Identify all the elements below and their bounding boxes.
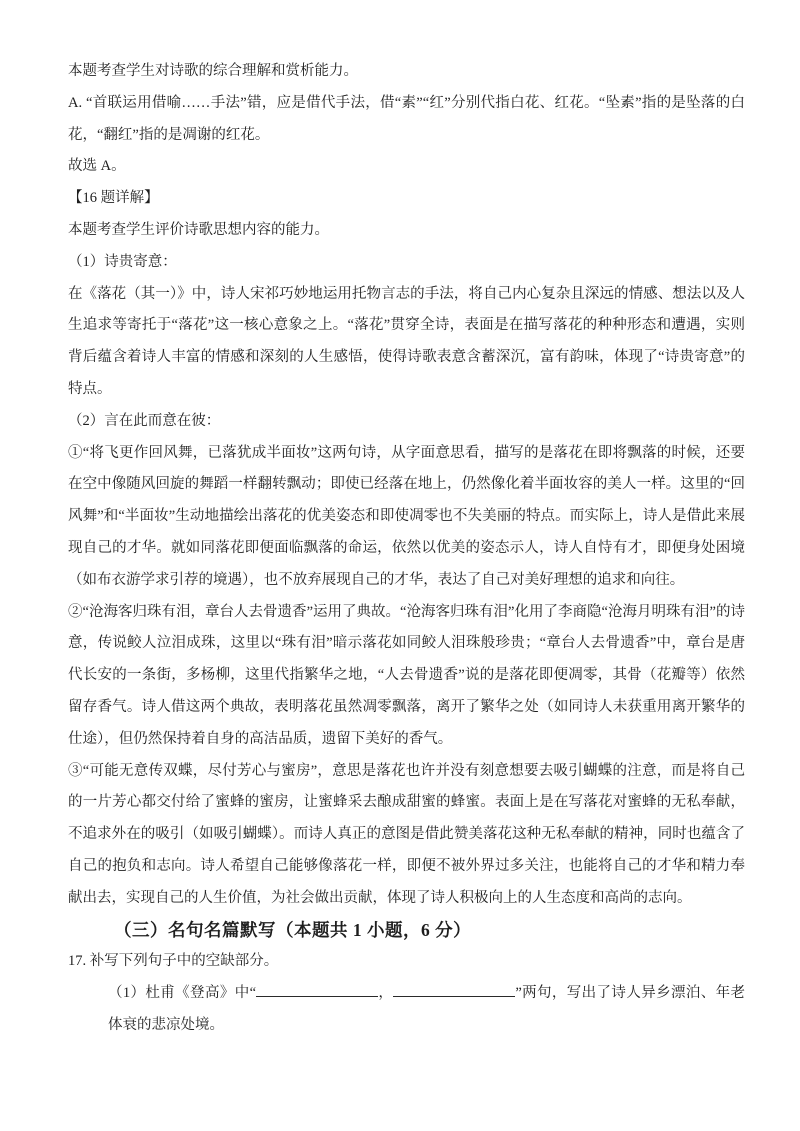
document-page: 本题考查学生对诗歌的综合理解和赏析能力。 A. “首联运用借喻……手法”错，应是… [0, 0, 800, 1131]
paragraph-detail-16-label: 【16 题详解】 [68, 183, 745, 215]
paragraph-point-1-body: 在《落花（其一）》中，诗人宋祁巧妙地运用托物言志的手法，将自己内心复杂且深远的情… [68, 279, 745, 406]
question-17-stem: 17. 补写下列句子中的空缺部分。 [68, 946, 745, 978]
question-17-item-1: （1）杜甫《登高》中“，”两句，写出了诗人异乡漂泊、年老体衰的悲凉处境。 [68, 978, 745, 1042]
answer-blank-2 [393, 982, 515, 997]
paragraph-q15-ability: 本题考查学生对诗歌的综合理解和赏析能力。 [68, 56, 745, 88]
paragraph-point-2-item-2: ②“沧海客归珠有泪，章台人去骨遗香”运用了典故。“沧海客归珠有泪”化用了李商隐“… [68, 597, 745, 756]
paragraph-point-2-item-3: ③“可能无意传双蝶，尽付芳心与蜜房”，意思是落花也许并没有刻意想要去吸引蝴蝶的注… [68, 756, 745, 915]
paragraph-point-1-title: （1）诗贵寄意： [68, 247, 745, 279]
blank-separator: ， [378, 985, 393, 1001]
answer-blank-1 [256, 982, 378, 997]
item-1-prefix: （1）杜甫《登高》中“ [108, 985, 256, 1001]
paragraph-q16-ability: 本题考查学生评价诗歌思想内容的能力。 [68, 215, 745, 247]
section-3-heading: （三）名句名篇默写（本题共 1 小题，6 分） [68, 915, 745, 947]
paragraph-point-2-title: （2）言在此而意在彼： [68, 406, 745, 438]
paragraph-point-2-item-1: ①“将飞更作回风舞，已落犹成半面妆”这两句诗，从字面意思看，描写的是落花在即将飘… [68, 438, 745, 597]
paragraph-option-a-analysis: A. “首联运用借喻……手法”错，应是借代手法，借“素”“红”分别代指白花、红花… [68, 88, 745, 152]
paragraph-conclusion-choose-a: 故选 A。 [68, 151, 745, 183]
